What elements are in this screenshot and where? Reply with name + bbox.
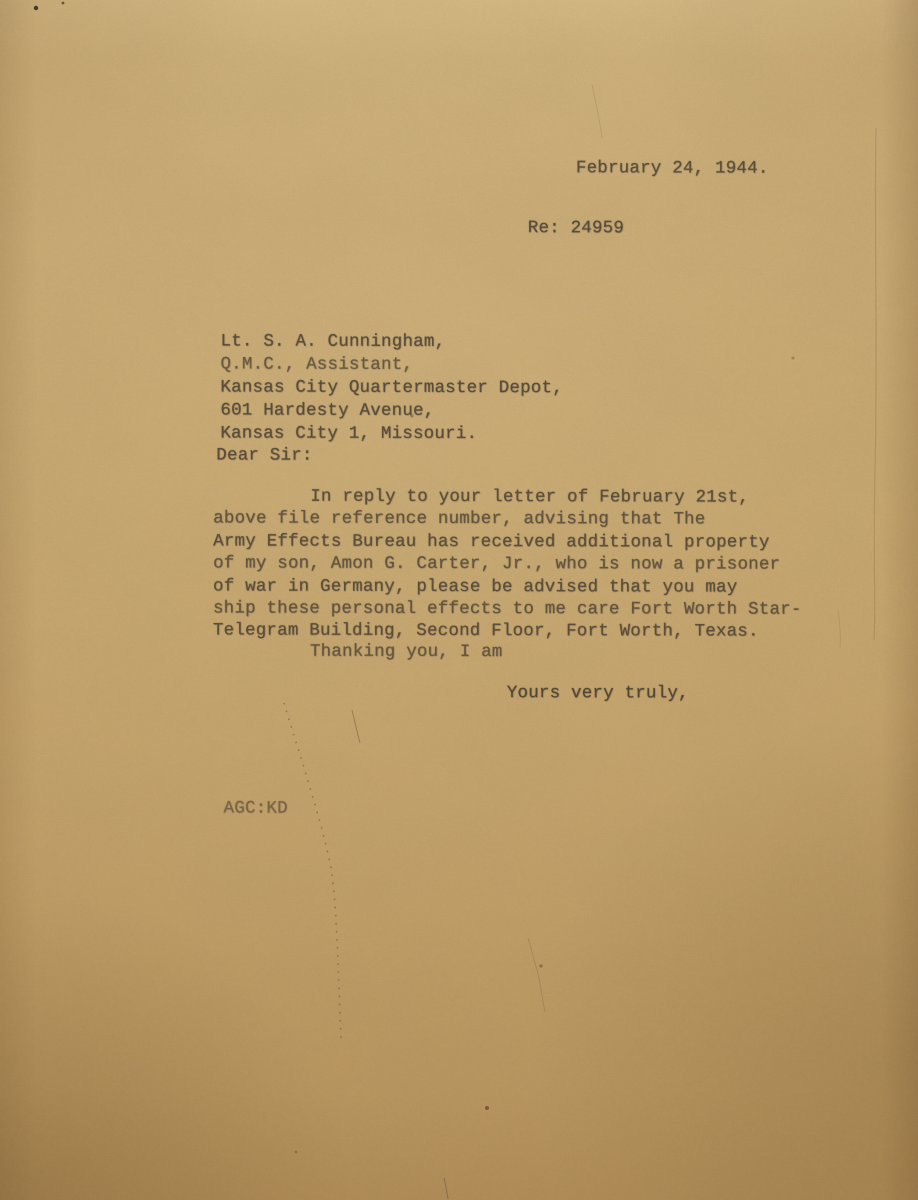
salutation: Dear Sir: — [216, 445, 312, 465]
body-line: Telegram Building, Second Floor, Fort Wo… — [213, 620, 802, 644]
letter-content: February 24, 1944. Re: 24959 Lt. S. A. C… — [0, 0, 918, 1200]
typist-initials: AGC:KD — [224, 799, 288, 819]
closing-phrase: Thanking you, I am — [310, 642, 503, 662]
letter-date: February 24, 1944. — [576, 158, 769, 178]
letter-body: In reply to your letter of February 21st… — [213, 485, 802, 643]
body-line: of war in Germany, please be advised tha… — [213, 575, 802, 599]
recipient-address-block: Lt. S. A. Cunningham, Q.M.C., Assistant,… — [220, 331, 563, 447]
body-line: above file reference number, advising th… — [213, 508, 802, 532]
body-line: ship these personal effects to me care F… — [213, 598, 802, 622]
address-line: Kansas City 1, Missouri. — [220, 422, 563, 446]
address-line: Q.M.C., Assistant, — [220, 353, 563, 377]
valediction: Yours very truly, — [507, 683, 689, 703]
address-line: 601 Hardesty Avenue, — [220, 399, 563, 423]
body-line: In reply to your letter of February 21st… — [213, 485, 802, 509]
body-line: of my son, Amon G. Carter, Jr., who is n… — [213, 553, 802, 577]
scanned-letter-page: February 24, 1944. Re: 24959 Lt. S. A. C… — [0, 0, 918, 1200]
file-reference-number: Re: 24959 — [528, 218, 624, 238]
address-line: Lt. S. A. Cunningham, — [221, 331, 564, 355]
address-line: Kansas City Quartermaster Depot, — [220, 376, 563, 400]
body-line: Army Effects Bureau has received additio… — [213, 530, 802, 554]
